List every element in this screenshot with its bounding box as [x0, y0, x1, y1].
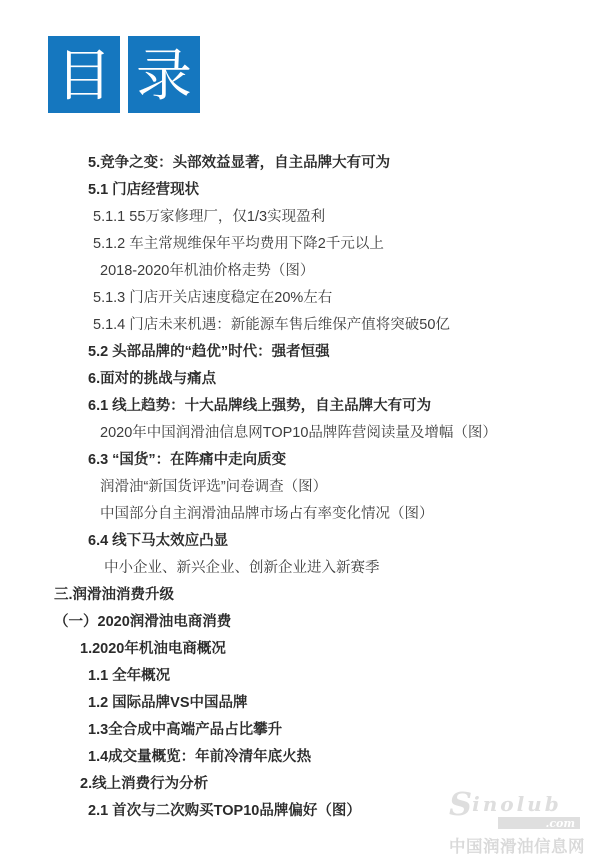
- toc-item: 润滑油“新国货评选”问卷调查（图）: [0, 474, 600, 501]
- toc-item: 1.1 全年概况: [0, 663, 600, 690]
- logo-domain-text: .com: [545, 817, 580, 830]
- title-char-block-1: 目: [48, 36, 120, 113]
- sinolub-watermark: Sinolub .com 中国润滑油信息网: [449, 791, 594, 857]
- toc-page: 目 录 5.竞争之变：头部效益显著，自主品牌大有可为5.1 门店经营现状5.1.…: [0, 0, 600, 865]
- page-title: 目 录: [48, 36, 200, 113]
- sinolub-logo: Sinolub: [449, 791, 594, 819]
- toc-item: 1.2 国际品牌VS中国品牌: [0, 690, 600, 717]
- toc-item: 5.竞争之变：头部效益显著，自主品牌大有可为: [0, 150, 600, 177]
- toc-item: 5.1.2 车主常规维保年平均费用下降2千元以上: [0, 231, 600, 258]
- toc-item: 5.1.3 门店开关店速度稳定在20%左右: [0, 285, 600, 312]
- toc-list: 5.竞争之变：头部效益显著，自主品牌大有可为5.1 门店经营现状5.1.1 55…: [0, 150, 600, 825]
- toc-item: 1.3全合成中高端产品占比攀升: [0, 717, 600, 744]
- toc-item: 三.润滑油消费升级: [0, 582, 600, 609]
- toc-item: （一）2020润滑油电商消费: [0, 609, 600, 636]
- toc-item: 5.2 头部品牌的“趋优”时代：强者恒强: [0, 339, 600, 366]
- toc-item: 5.1 门店经营现状: [0, 177, 600, 204]
- toc-item: 2018-2020年机油价格走势（图）: [0, 258, 600, 285]
- toc-item: 6.3 “国货”：在阵痛中走向质变: [0, 447, 600, 474]
- toc-item: 2020年中国润滑油信息网TOP10品牌阵营阅读量及增幅（图）: [0, 420, 600, 447]
- toc-item: 6.4 线下马太效应凸显: [0, 528, 600, 555]
- logo-letter-s: S: [449, 785, 472, 823]
- title-char-block-2: 录: [128, 36, 200, 113]
- toc-item: 1.4成交量概览：年前冷清年底火热: [0, 744, 600, 771]
- toc-item: 中小企业、新兴企业、创新企业进入新赛季: [0, 555, 600, 582]
- toc-item: 6.面对的挑战与痛点: [0, 366, 600, 393]
- site-name-text: 中国润滑油信息网: [449, 833, 594, 857]
- toc-item: 6.1 线上趋势：十大品牌线上强势，自主品牌大有可为: [0, 393, 600, 420]
- toc-item: 1.2020年机油电商概况: [0, 636, 600, 663]
- toc-item: 5.1.1 55万家修理厂，仅1/3实现盈利: [0, 204, 600, 231]
- logo-text-inolub: inolub: [472, 792, 562, 816]
- toc-item: 5.1.4 门店未来机遇：新能源车售后维保产值将突破50亿: [0, 312, 600, 339]
- toc-item: 中国部分自主润滑油品牌市场占有率变化情况（图）: [0, 501, 600, 528]
